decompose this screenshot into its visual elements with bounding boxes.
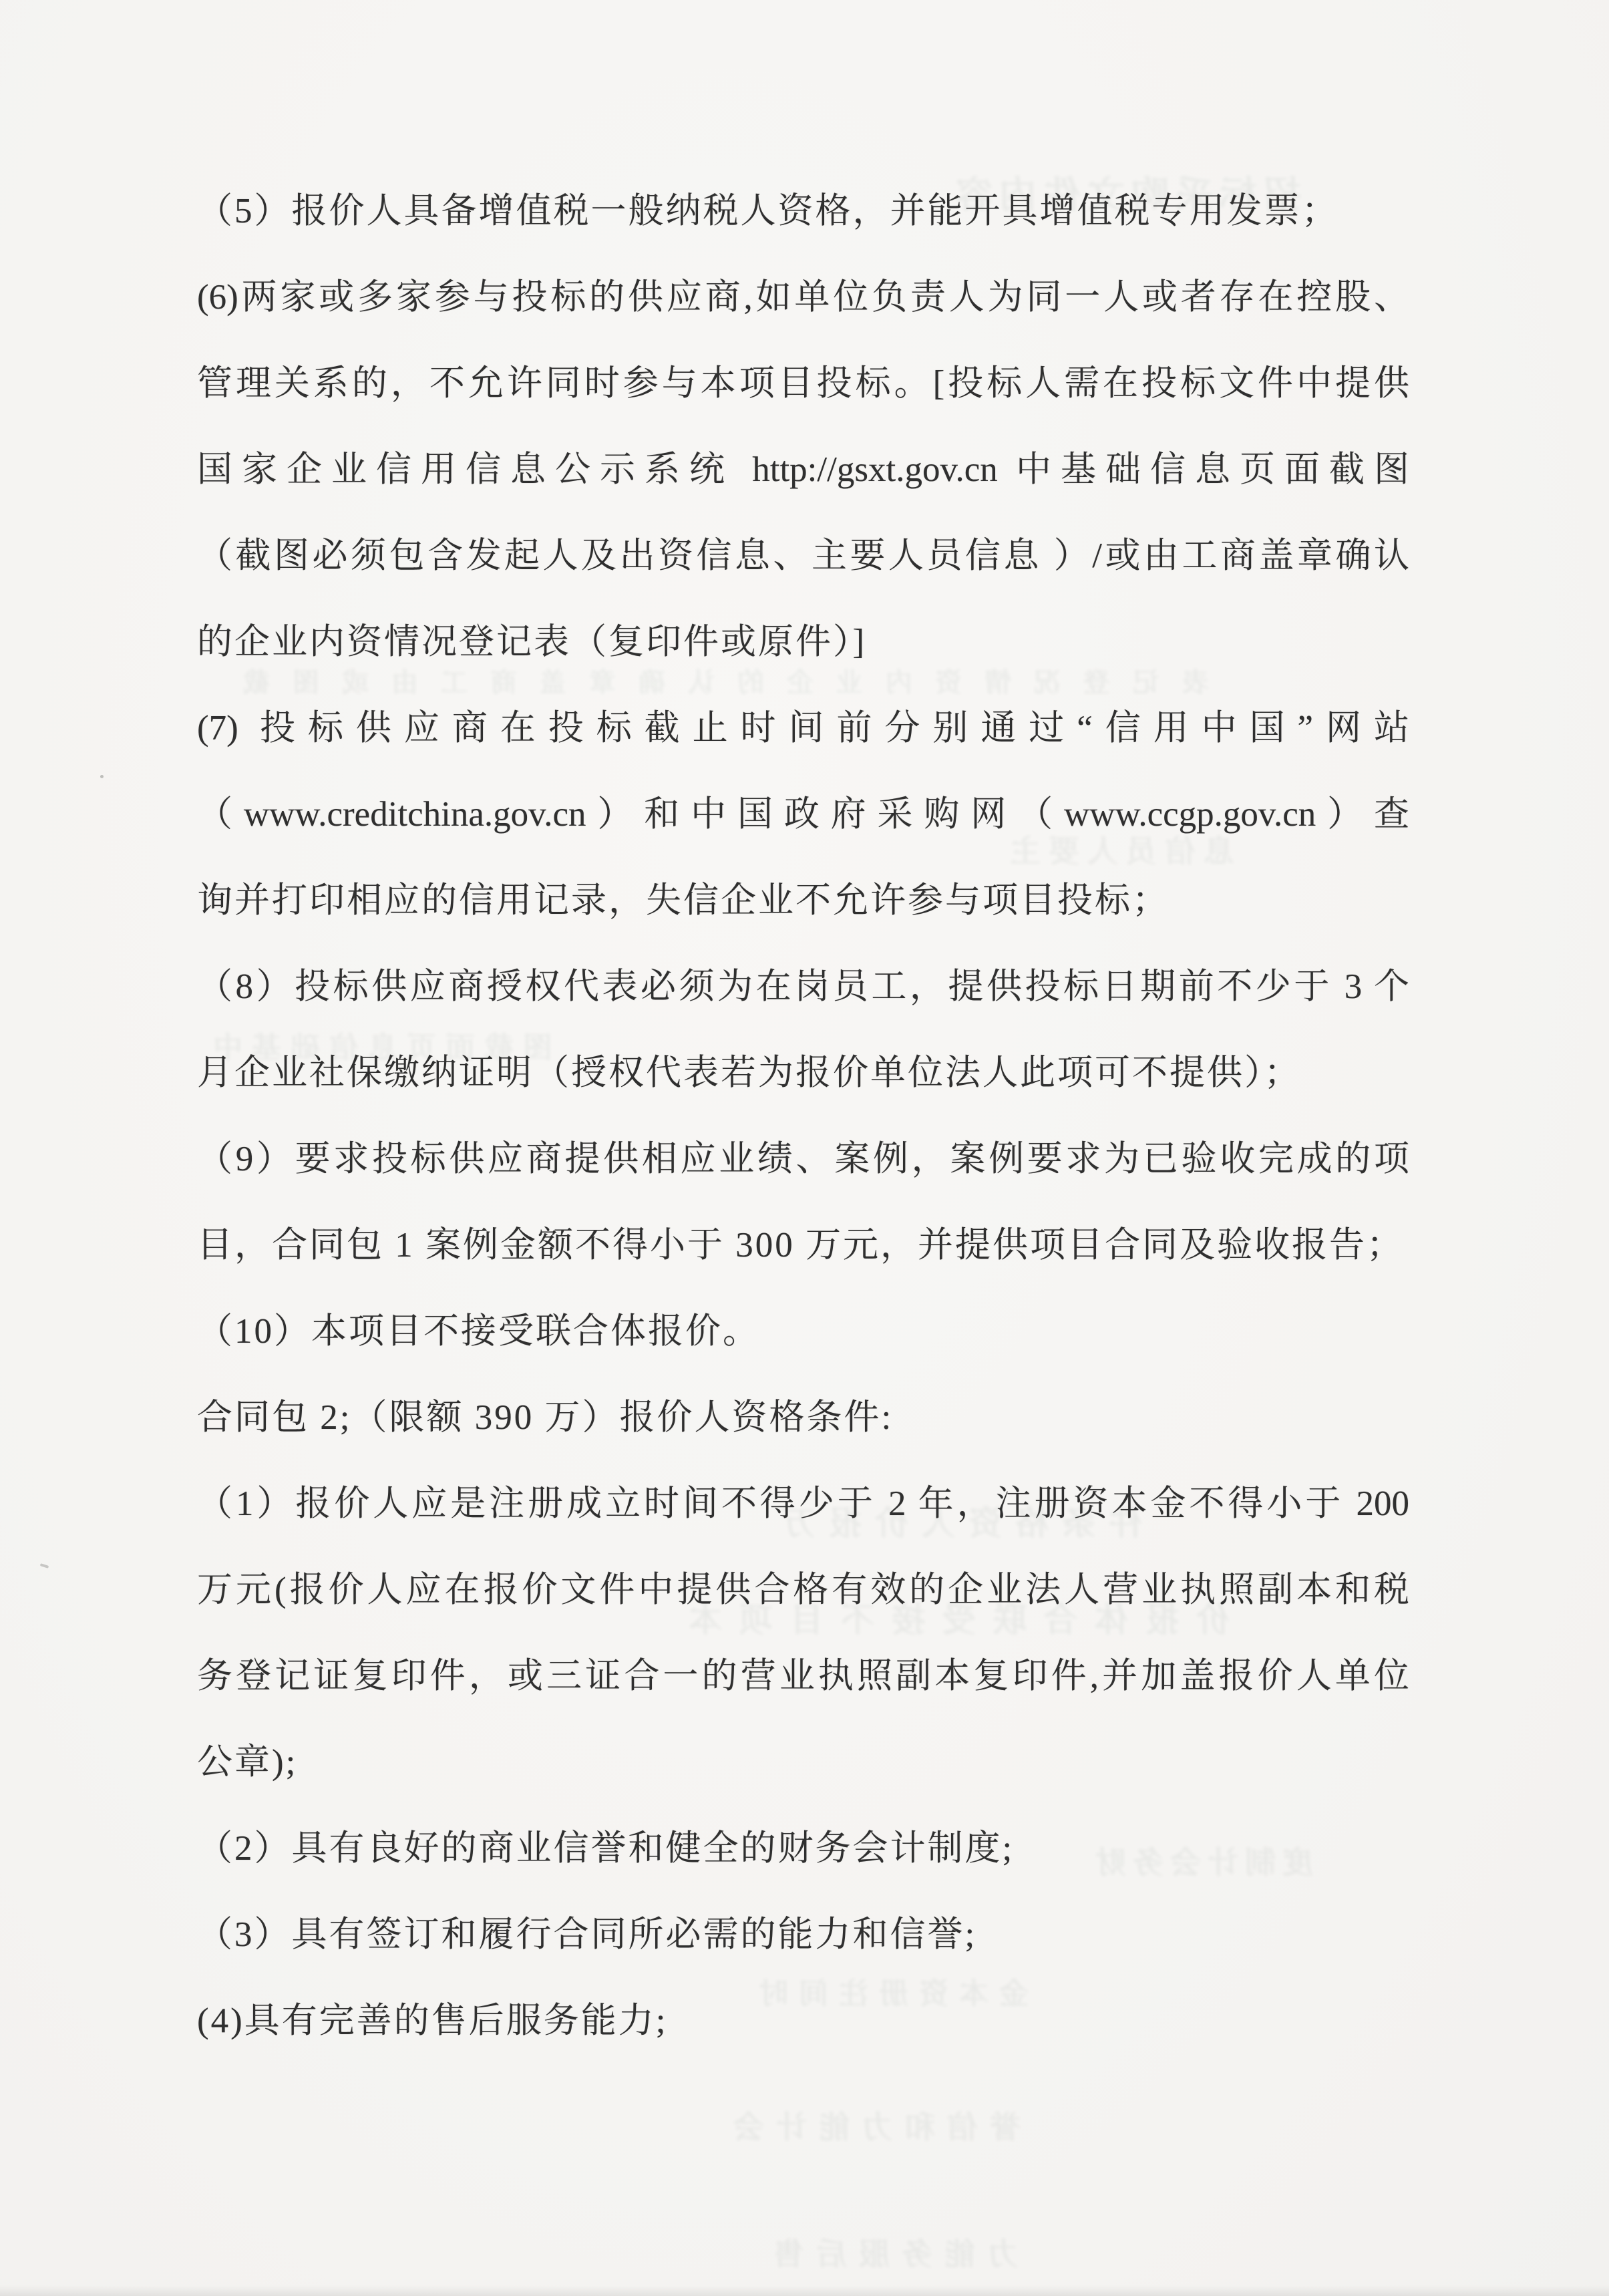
text-line: （3）具有签订和履行合同所必需的能力和信誉; <box>197 1892 1409 1978</box>
text-line: 管理关系的，不允许同时参与本项目投标。[投标人需在投标文件中提供 <box>197 341 1409 427</box>
text-line: 合同包 2;（限额 390 万）报价人资格条件: <box>197 1375 1409 1461</box>
text-line: 月企业社保缴纳证明（授权代表若为报价单位法人此项可不提供）； <box>197 1030 1409 1116</box>
text-line: （9）要求投标供应商提供相应业绩、案例，案例要求为已验收完成的项 <box>197 1116 1409 1202</box>
text-line: （8）投标供应商授权代表必须为在岗员工，提供投标日期前不少于 3 个 <box>197 944 1409 1030</box>
text-line: （10）本项目不接受联合体报价。 <box>197 1289 1409 1375</box>
scan-speck <box>40 1563 49 1569</box>
text-line: （截图必须包含发起人及出资信息、主要人员信息 ）/或由工商盖章确认 <box>197 513 1409 599</box>
text-line: （5）报价人具备增值税一般纳税人资格，并能开具增值税专用发票； <box>197 168 1409 255</box>
document-body: （5）报价人具备增值税一般纳税人资格，并能开具增值税专用发票；(6)两家或多家参… <box>197 168 1409 2064</box>
text-line: 务登记证复印件，或三证合一的营业执照副本复印件,并加盖报价人单位 <box>197 1633 1409 1719</box>
scanned-page: 招标采购文件内容表记登况情资内业企的认确章盖商工由或图截息信员人要主图截面页息信… <box>0 0 1609 2296</box>
page-bottom-shadow <box>0 2285 1609 2296</box>
bleed-through-ghost: 誉信和力能计会 <box>721 2103 1021 2147</box>
text-line: 询并打印相应的信用记录，失信企业不允许参与项目投标； <box>197 858 1409 944</box>
text-line: （www.creditchina.gov.cn）和中国政府采购网（www.ccg… <box>197 772 1409 858</box>
scan-speck <box>100 775 104 778</box>
text-line: 公章); <box>197 1719 1409 1806</box>
text-line: 目，合同包 1 案例金额不得小于 300 万元，并提供项目合同及验收报告； <box>197 1202 1409 1289</box>
text-line: 的企业内资情况登记表（复印件或原件）] <box>197 599 1409 685</box>
text-line: (6)两家或多家参与投标的供应商,如单位负责人为同一人或者存在控股、 <box>197 255 1409 341</box>
text-line: （2）具有良好的商业信誉和健全的财务会计制度; <box>197 1806 1409 1892</box>
text-line: （1）报价人应是注册成立时间不得少于 2 年，注册资本金不得小于 200 <box>197 1461 1409 1547</box>
text-line: 万元(报价人应在报价文件中提供合格有效的企业法人营业执照副本和税 <box>197 1547 1409 1633</box>
text-line: 国家企业信用信息公示系统 http://gsxt.gov.cn 中基础信息页面截… <box>197 427 1409 513</box>
bleed-through-ghost: 力能务服后售 <box>761 2230 1018 2274</box>
text-line: (4)具有完善的售后服务能力; <box>197 1978 1409 2064</box>
text-line: (7) 投标供应商在投标截止时间前分别通过“信用中国”网站 <box>197 685 1409 772</box>
